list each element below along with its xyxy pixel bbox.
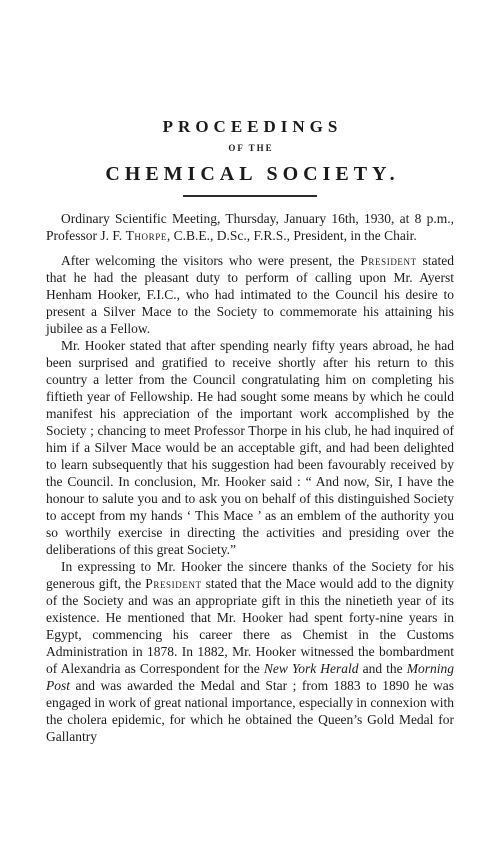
meeting-notice: Ordinary Scientific Meeting, Thursday, J… <box>46 210 454 244</box>
body-text-run: and was awarded the Medal and Star ; fro… <box>46 678 454 744</box>
italic-text: New York Herald <box>264 661 359 676</box>
smallcaps-text: Thorpe <box>126 228 167 243</box>
body-text-run: After welcoming the visitors who were pr… <box>61 253 360 268</box>
document-page: PROCEEDINGS OF THE CHEMICAL SOCIETY. Ord… <box>0 0 500 850</box>
body-text-run: and the <box>359 661 407 676</box>
paragraph-welcome: After welcoming the visitors who were pr… <box>46 252 454 337</box>
chemical-society-title: CHEMICAL SOCIETY. <box>46 164 454 184</box>
paragraph-hooker-statement: Mr. Hooker stated that after spending ne… <box>46 337 454 558</box>
title-divider-rule <box>183 195 317 197</box>
of-the-subtitle: OF THE <box>46 144 454 153</box>
masthead: PROCEEDINGS OF THE CHEMICAL SOCIETY. <box>46 118 454 197</box>
smallcaps-text: President <box>145 576 201 591</box>
paragraph-president-thanks: In expressing to Mr. Hooker the sincere … <box>46 558 454 745</box>
text-block: PROCEEDINGS OF THE CHEMICAL SOCIETY. Ord… <box>0 0 500 745</box>
proceedings-title: PROCEEDINGS <box>46 118 454 135</box>
body-text-run: Mr. Hooker stated that after spending ne… <box>46 338 454 557</box>
body-text-run: , C.B.E., D.Sc., F.R.S., President, in t… <box>167 228 417 243</box>
body-text: After welcoming the visitors who were pr… <box>46 252 454 745</box>
smallcaps-text: President <box>360 253 416 268</box>
